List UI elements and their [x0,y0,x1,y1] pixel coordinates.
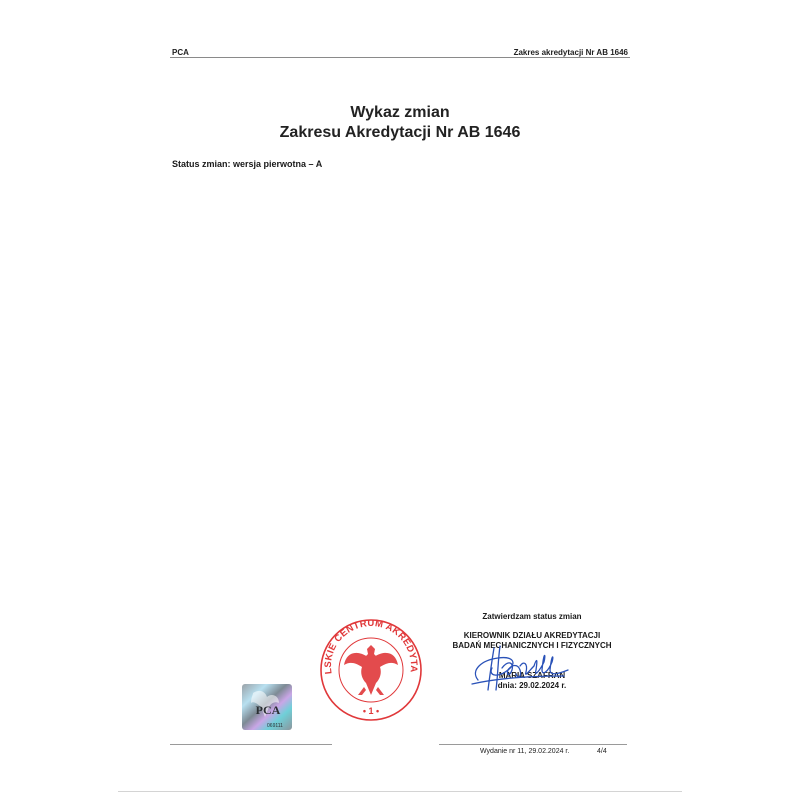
handwritten-signature-icon [468,640,578,696]
header-right-title: Zakres akredytacji Nr AB 1646 [514,48,628,57]
document-title: Wykaz zmian Zakresu Akredytacji Nr AB 16… [170,103,630,143]
svg-text:069111: 069111 [267,723,283,729]
footer-divider-left [170,744,332,745]
header-left-org: PCA [172,48,189,57]
pca-stamp-seal-icon: POLSKIE CENTRUM AKREDYTACJI • 1 • [316,615,426,725]
svg-text:PCA: PCA [256,703,281,717]
document-page: PCA Zakres akredytacji Nr AB 1646 Wykaz … [0,0,800,800]
footer-page-number: 4/4 [597,748,607,755]
page-bottom-edge [118,791,682,792]
footer-divider-right [439,744,627,745]
header-divider [170,57,630,58]
change-status: Status zmian: wersja pierwotna – A [172,159,322,169]
approval-heading: Zatwierdzam status zmian [432,612,632,622]
title-line-1: Wykaz zmian [170,103,630,123]
footer-edition: Wydanie nr 11, 29.02.2024 r. [480,748,569,755]
svg-text:• 1 •: • 1 • [363,706,379,716]
title-line-2: Zakresu Akredytacji Nr AB 1646 [170,123,630,143]
pca-hologram-icon: PCA 069111 [241,683,293,731]
